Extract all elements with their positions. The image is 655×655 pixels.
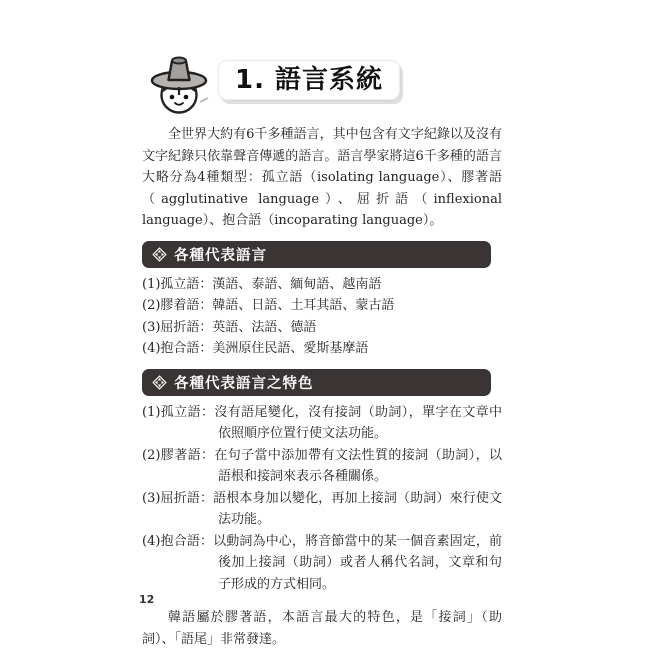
representative-languages-list: (1)孤立語：漢語、泰語、緬甸語、越南語 (2)膠着語：韓語、日語、土耳其語、蒙… [142,274,502,360]
list-item: (2)膠着語：韓語、日語、土耳其語、蒙古語 [142,295,502,317]
book-page: 1. 語言系統 全世界大約有6千多種語言，其中包含有文字紀錄以及沒有文字紀錄只依… [0,0,655,655]
list-item: (1)孤立語：漢語、泰語、緬甸語、越南語 [142,274,502,296]
section-heading-representative-languages: 各種代表語言 [142,241,491,268]
page-content-column: 1. 語言系統 全世界大約有6千多種語言，其中包含有文字紀錄以及沒有文字紀錄只依… [142,54,502,655]
diamond-compass-icon [152,247,167,262]
chapter-header: 1. 語言系統 [142,54,502,116]
section-heading-language-characteristics: 各種代表語言之特色 [142,369,491,396]
language-characteristics-list: (1)孤立語：沒有語尾變化，沒有接詞（助詞），單字在文章中依照順序位置行使文法功… [142,402,502,596]
korean-gat-hat-mascot-icon [142,54,216,116]
list-item: (4)抱合語：以動詞為中心，將音節當中的某一個音素固定，前後加上接詞（助詞）或者… [142,531,502,596]
closing-paragraph: 韓語屬於膠著語，本語言最大的特色，是「接詞」（助詞）、「語尾」非常發達。 [142,607,502,650]
section-heading-label: 各種代表語言之特色 [174,372,314,393]
section-heading-label: 各種代表語言 [174,244,267,265]
list-item: (3)屈折語：英語、法語、德語 [142,317,502,339]
list-item: (2)膠著語：在句子當中添加帶有文法性質的接詞（助詞），以語根和接詞來表示各種關… [142,445,502,488]
list-item: (3)屈折語：語根本身加以變化，再加上接詞（助詞）來行使文法功能。 [142,488,502,531]
list-item: (4)抱合語：美洲原住民語、愛斯基摩語 [142,338,502,360]
page-number: 12 [139,593,154,606]
list-item: (1)孤立語：沒有語尾變化，沒有接詞（助詞），單字在文章中依照順序位置行使文法功… [142,402,502,445]
diamond-compass-icon [152,375,167,390]
intro-paragraph: 全世界大約有6千多種語言，其中包含有文字紀錄以及沒有文字紀錄只依靠聲音傳遞的語言… [142,124,502,232]
page-title: 1. 語言系統 [218,60,400,100]
